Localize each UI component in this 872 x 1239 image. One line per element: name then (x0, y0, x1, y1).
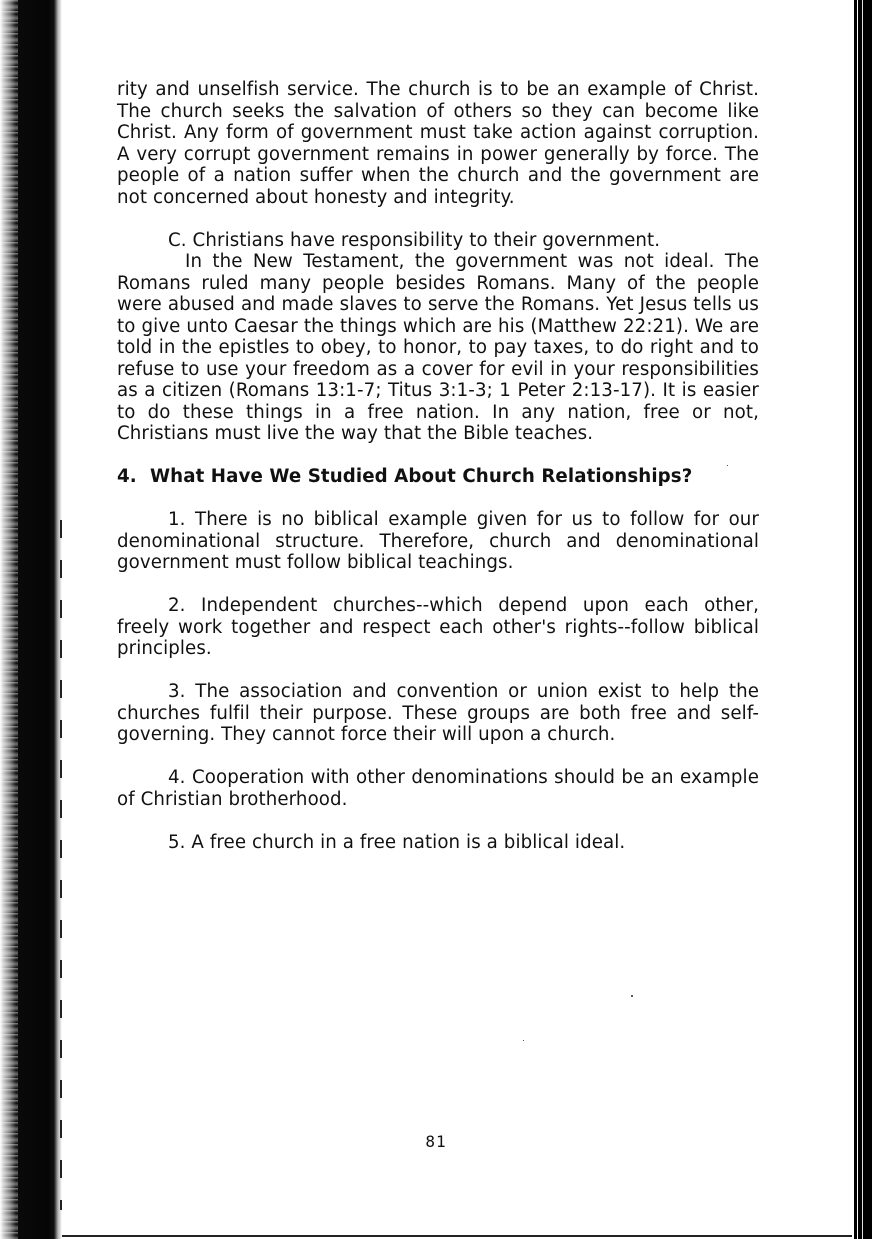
spacer (117, 488, 759, 510)
summary-point-2: 2. Independent churches--which depend up… (117, 595, 759, 660)
scan-speck (727, 465, 728, 466)
subsection-c-heading: C. Christians have responsibility to the… (117, 230, 759, 252)
summary-point-3: 3. The association and convention or uni… (117, 681, 759, 746)
summary-point-5: 5. A free church in a free nation is a b… (117, 832, 759, 854)
page-body: rity and unselfish service. The church i… (117, 79, 759, 853)
scan-speck (631, 995, 633, 997)
scan-edge-bottom (62, 1235, 852, 1237)
spacer (117, 574, 759, 596)
section-title: What Have We Studied About Church Relati… (150, 466, 692, 487)
summary-point-4: 4. Cooperation with other denominations … (117, 767, 759, 810)
scan-edge-line-left (60, 520, 62, 1210)
opening-paragraph: rity and unselfish service. The church i… (117, 79, 759, 208)
spacer (117, 445, 759, 467)
scan-speckle-left (0, 0, 18, 1239)
subsection-c-body: In the New Testament, the government was… (117, 251, 759, 445)
section-number: 4. (117, 466, 150, 488)
section-heading: 4.What Have We Studied About Church Rela… (117, 466, 759, 488)
spacer (117, 208, 759, 230)
spacer (117, 810, 759, 832)
scan-edge-right (854, 0, 872, 1239)
page-number: 81 (0, 1132, 872, 1151)
summary-point-1: 1. There is no biblical example given fo… (117, 509, 759, 574)
scan-speck (523, 1040, 524, 1041)
spacer (117, 746, 759, 768)
spacer (117, 660, 759, 682)
